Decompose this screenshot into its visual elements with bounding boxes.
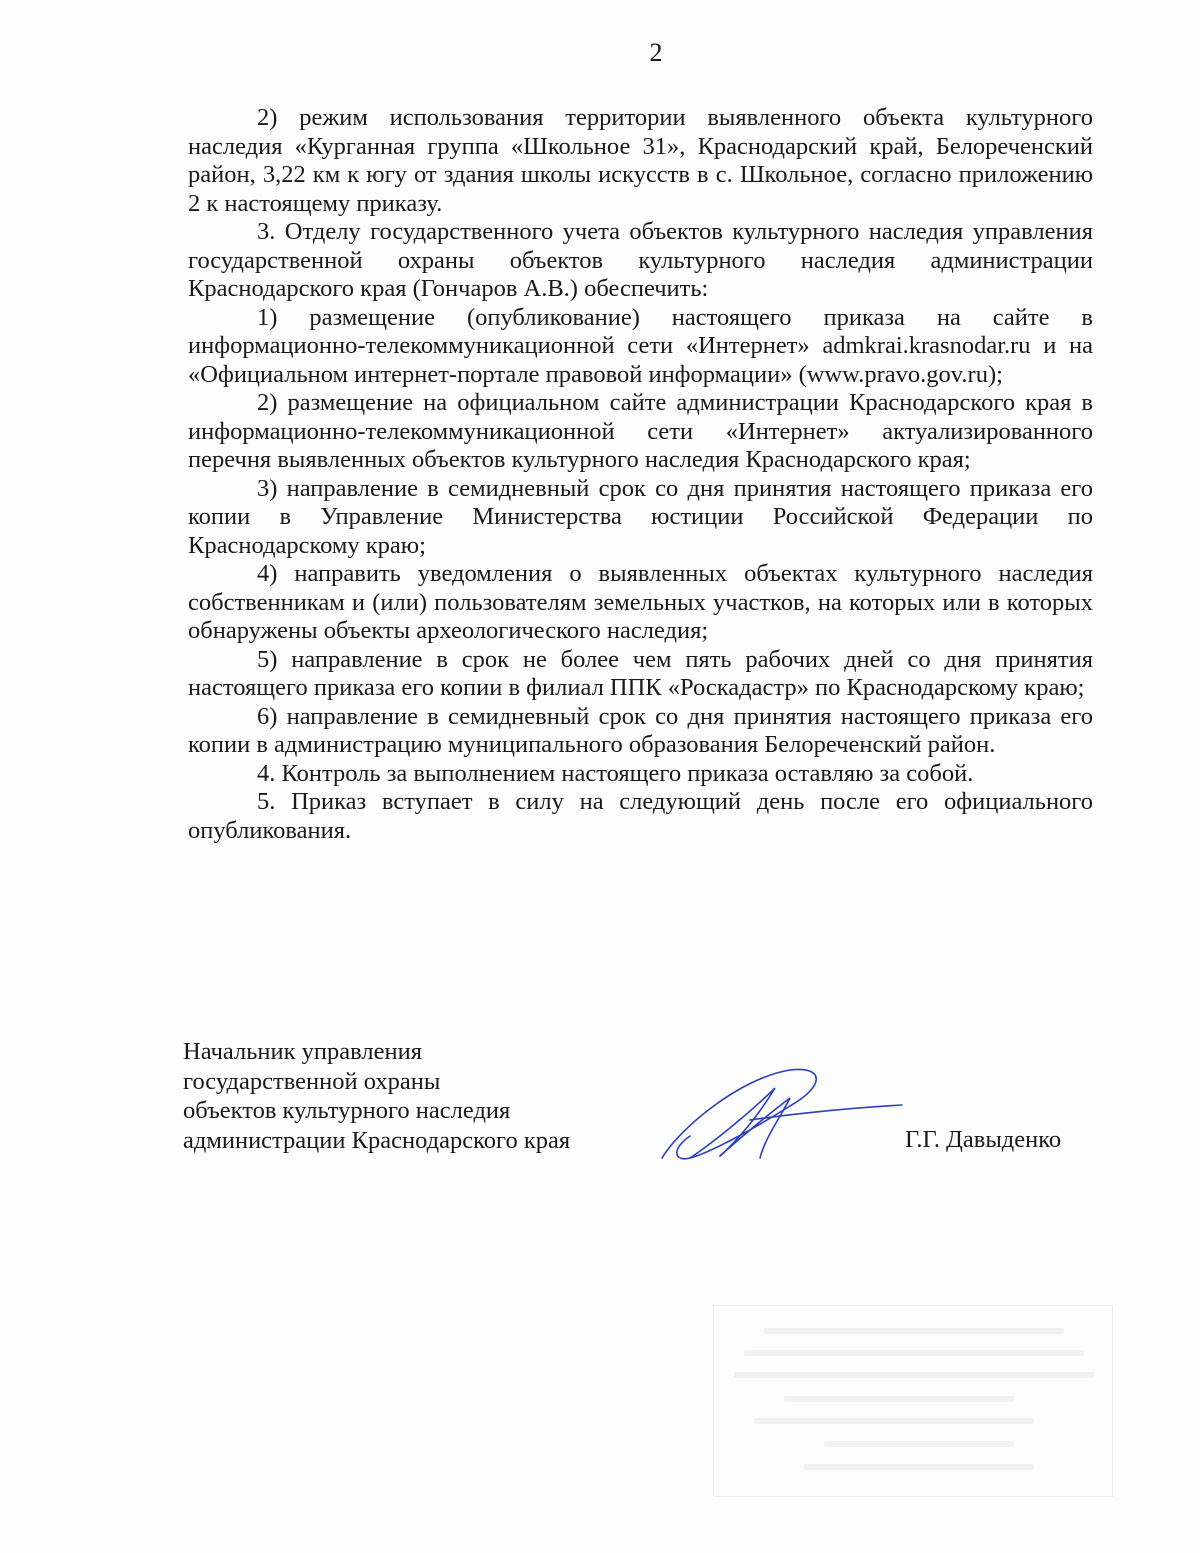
paragraph-3-5: 5) направление в срок не более чем пять … <box>188 646 1093 703</box>
stamp-text-line <box>744 1350 1084 1356</box>
signer-title-line: Начальник управления <box>183 1037 570 1067</box>
paragraph-3-6: 6) направление в семидневный срок со дня… <box>188 703 1093 760</box>
document-body: 2) режим использования территории выявле… <box>188 104 1093 845</box>
page-number: 2 <box>0 38 1200 68</box>
stamp-text-line <box>784 1396 1014 1402</box>
paragraph-2-2: 2) режим использования территории выявле… <box>188 104 1093 218</box>
signer-title: Начальник управления государственной охр… <box>183 1037 570 1155</box>
stamp-text-line <box>754 1418 1034 1424</box>
signer-title-line: объектов культурного наследия <box>183 1096 570 1126</box>
stamp-text-line <box>824 1441 1014 1447</box>
paragraph-3-3: 3) направление в семидневный срок со дня… <box>188 475 1093 561</box>
paragraph-5: 5. Приказ вступает в силу на следующий д… <box>188 788 1093 845</box>
paragraph-3: 3. Отделу государственного учета объекто… <box>188 218 1093 304</box>
stamp-text-line <box>804 1464 1034 1470</box>
handwritten-signature-icon <box>650 1058 910 1173</box>
paragraph-3-2: 2) размещение на официальном сайте админ… <box>188 389 1093 475</box>
faint-stamp-box <box>713 1305 1113 1497</box>
signer-name: Г.Г. Давыденко <box>905 1126 1061 1154</box>
paragraph-4: 4. Контроль за выполнением настоящего пр… <box>188 760 1093 789</box>
paragraph-3-4: 4) направить уведомления о выявленных об… <box>188 560 1093 646</box>
signer-title-line: администрации Краснодарского края <box>183 1126 570 1156</box>
stamp-text-line <box>734 1372 1094 1378</box>
stamp-text-line <box>764 1328 1064 1334</box>
paragraph-3-1: 1) размещение (опубликование) настоящего… <box>188 304 1093 390</box>
signer-title-line: государственной охраны <box>183 1067 570 1097</box>
